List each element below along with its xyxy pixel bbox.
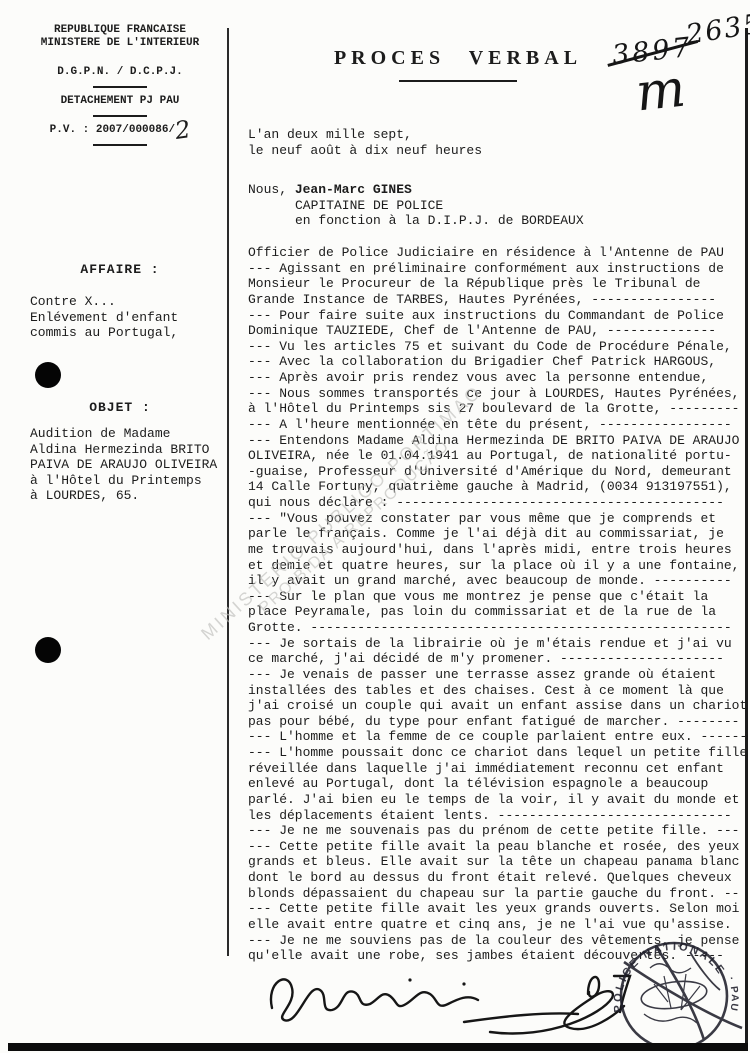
text-line: --- Pour faire suite aux instructions du…	[248, 308, 750, 324]
text-line: réveillée dans laquelle j'ai immédiateme…	[248, 761, 750, 777]
text-line: place Peyramale, pas loin du commissaria…	[248, 604, 750, 620]
text-line: Audition de Madame	[30, 426, 225, 442]
text-line: -guaise, Professeur d'Université d'Améri…	[248, 464, 750, 480]
text-line: blonds dépassaient du chapeau sur la par…	[248, 886, 750, 902]
affaire-heading: AFFAIRE :	[24, 262, 216, 277]
text-line: il y avait un grand marché, avec beaucou…	[248, 573, 750, 589]
officer-name: Jean-Marc GINES	[295, 182, 412, 197]
text-line: --- L'homme poussait donc ce chariot dan…	[248, 745, 750, 761]
text-line: --- Vu les articles 75 et suivant du Cod…	[248, 339, 750, 355]
text-line: à l'Hôtel du Printemps	[30, 473, 225, 489]
text-line: CAPITAINE DE POLICE	[248, 198, 584, 214]
text-line: 14 Calle Fortuny, quatrième gauche à Mad…	[248, 479, 750, 495]
objet-heading: OBJET :	[24, 400, 216, 415]
letterhead-dgpn: D.G.P.N. / D.C.P.J.	[24, 66, 216, 79]
scan-edge-right	[745, 28, 748, 1044]
text-line: --- Entendons Madame Aldina Hermezinda D…	[248, 433, 750, 449]
officer-block: Nous, Jean-Marc GINES CAPITAINE DE POLIC…	[248, 182, 584, 229]
text-line: parlé. J'ai bien eu le temps de la voir,…	[248, 792, 750, 808]
officer-prefix: Nous,	[248, 182, 295, 197]
letterhead: REPUBLIQUE FRANCAISE MINISTERE DE L'INTE…	[24, 24, 216, 153]
pv-number-handwritten: 2	[174, 124, 191, 136]
text-line: OLIVEIRA, née le 01.04.1941 au Portugal,…	[248, 448, 750, 464]
pv-number-line: P.V. : 2007/000086/2	[24, 124, 216, 137]
text-line: installées des tables et des chaises. Ce…	[248, 683, 750, 699]
text-line: elle avait entre quatre et cinq ans, je …	[248, 917, 750, 933]
text-line: PAIVA DE ARAUJO OLIVEIRA	[30, 457, 225, 473]
affaire-text: Contre X...Enlévement d'enfantcommis au …	[30, 294, 225, 341]
letterhead-rule	[93, 144, 147, 146]
text-line: en fonction à la D.I.P.J. de BORDEAUX	[248, 213, 584, 229]
text-line: Aldina Hermezinda BRITO	[30, 442, 225, 458]
text-line: pas pour bébé, du type pour enfant fatig…	[248, 714, 750, 730]
pv-number-label: P.V. : 2007/000086/	[50, 124, 175, 136]
text-line: --- L'homme et la femme de ce couple par…	[248, 729, 750, 745]
text-line: --- Sur le plan que vous me montrez je p…	[248, 589, 750, 605]
handwritten-monogram: m	[634, 64, 688, 119]
text-line: dont le bord au dessus du front était re…	[248, 870, 750, 886]
text-line: ce marché, j'ai décidé de m'y promener. …	[248, 651, 750, 667]
scan-edge-bottom	[8, 1043, 748, 1051]
witness-signature	[258, 952, 638, 1047]
police-nationale-stamp: POLICE NATIONALE · PAU	[594, 932, 750, 1053]
text-line: le neuf août à dix neuf heures	[248, 143, 482, 159]
letterhead-rule	[93, 86, 147, 88]
text-line: --- A l'heure mentionnée en tête du prés…	[248, 417, 750, 433]
spacer	[24, 50, 216, 66]
title-underline-rule	[399, 80, 517, 82]
date-lines: L'an deux mille sept,le neuf août à dix …	[248, 127, 482, 158]
punch-hole-top	[35, 362, 61, 388]
text-line: Contre X...	[30, 294, 225, 310]
officer-rank-lines: CAPITAINE DE POLICEen fonction à la D.I.…	[248, 198, 584, 229]
proces-verbal-body: Officier de Police Judiciaire en résiden…	[248, 245, 750, 964]
text-line: --- Je ne me souvenais pas du prénom de …	[248, 823, 750, 839]
letterhead-ministere: MINISTERE DE L'INTERIEUR	[24, 37, 216, 50]
handwritten-number: 2635	[684, 8, 750, 51]
objet-text: Audition de MadameAldina Hermezinda BRIT…	[30, 426, 225, 504]
text-line: --- Je sortais de la librairie où je m'é…	[248, 636, 750, 652]
text-line: Officier de Police Judiciaire en résiden…	[248, 245, 750, 261]
column-divider-rule	[227, 28, 229, 956]
text-line: Monsieur le Procureur de la République p…	[248, 276, 750, 292]
punch-hole-bottom	[35, 637, 61, 663]
text-line: qui nous déclare : ---------------------…	[248, 495, 750, 511]
document-title: PROCES VERBAL	[248, 47, 668, 70]
text-line: enlevé au Portugal, dont la télévision e…	[248, 776, 750, 792]
text-line: --- Agissant en préliminaire conformémen…	[248, 261, 750, 277]
letterhead-rule	[93, 115, 147, 117]
text-line: j'ai croisé un couple qui avait un enfan…	[248, 698, 750, 714]
officer-intro-line: Nous, Jean-Marc GINES	[248, 182, 584, 198]
text-line: Grande Instance de TARBES, Hautes Pyréné…	[248, 292, 750, 308]
text-line: les déplacements étaient lents. --------…	[248, 808, 750, 824]
text-line: --- Cette petite fille avait la peau bla…	[248, 839, 750, 855]
letterhead-detachement: DETACHEMENT PJ PAU	[24, 95, 216, 108]
text-line: Enlévement d'enfant	[30, 310, 225, 326]
text-line: commis au Portugal,	[30, 325, 225, 341]
text-line: Grotte. --------------------------------…	[248, 620, 750, 636]
text-line: --- Je venais de passer une terrasse ass…	[248, 667, 750, 683]
text-line: grands et bleus. Elle avait sur la tête …	[248, 854, 750, 870]
letterhead-republique: REPUBLIQUE FRANCAISE	[24, 24, 216, 37]
text-line: L'an deux mille sept,	[248, 127, 482, 143]
text-line: Dominique TAUZIEDE, Chef de l'Antenne de…	[248, 323, 750, 339]
text-line: à LOURDES, 65.	[30, 488, 225, 504]
scanned-proces-verbal-page: REPUBLIQUE FRANCAISE MINISTERE DE L'INTE…	[0, 0, 750, 1053]
text-line: --- Cette petite fille avait les yeux gr…	[248, 901, 750, 917]
